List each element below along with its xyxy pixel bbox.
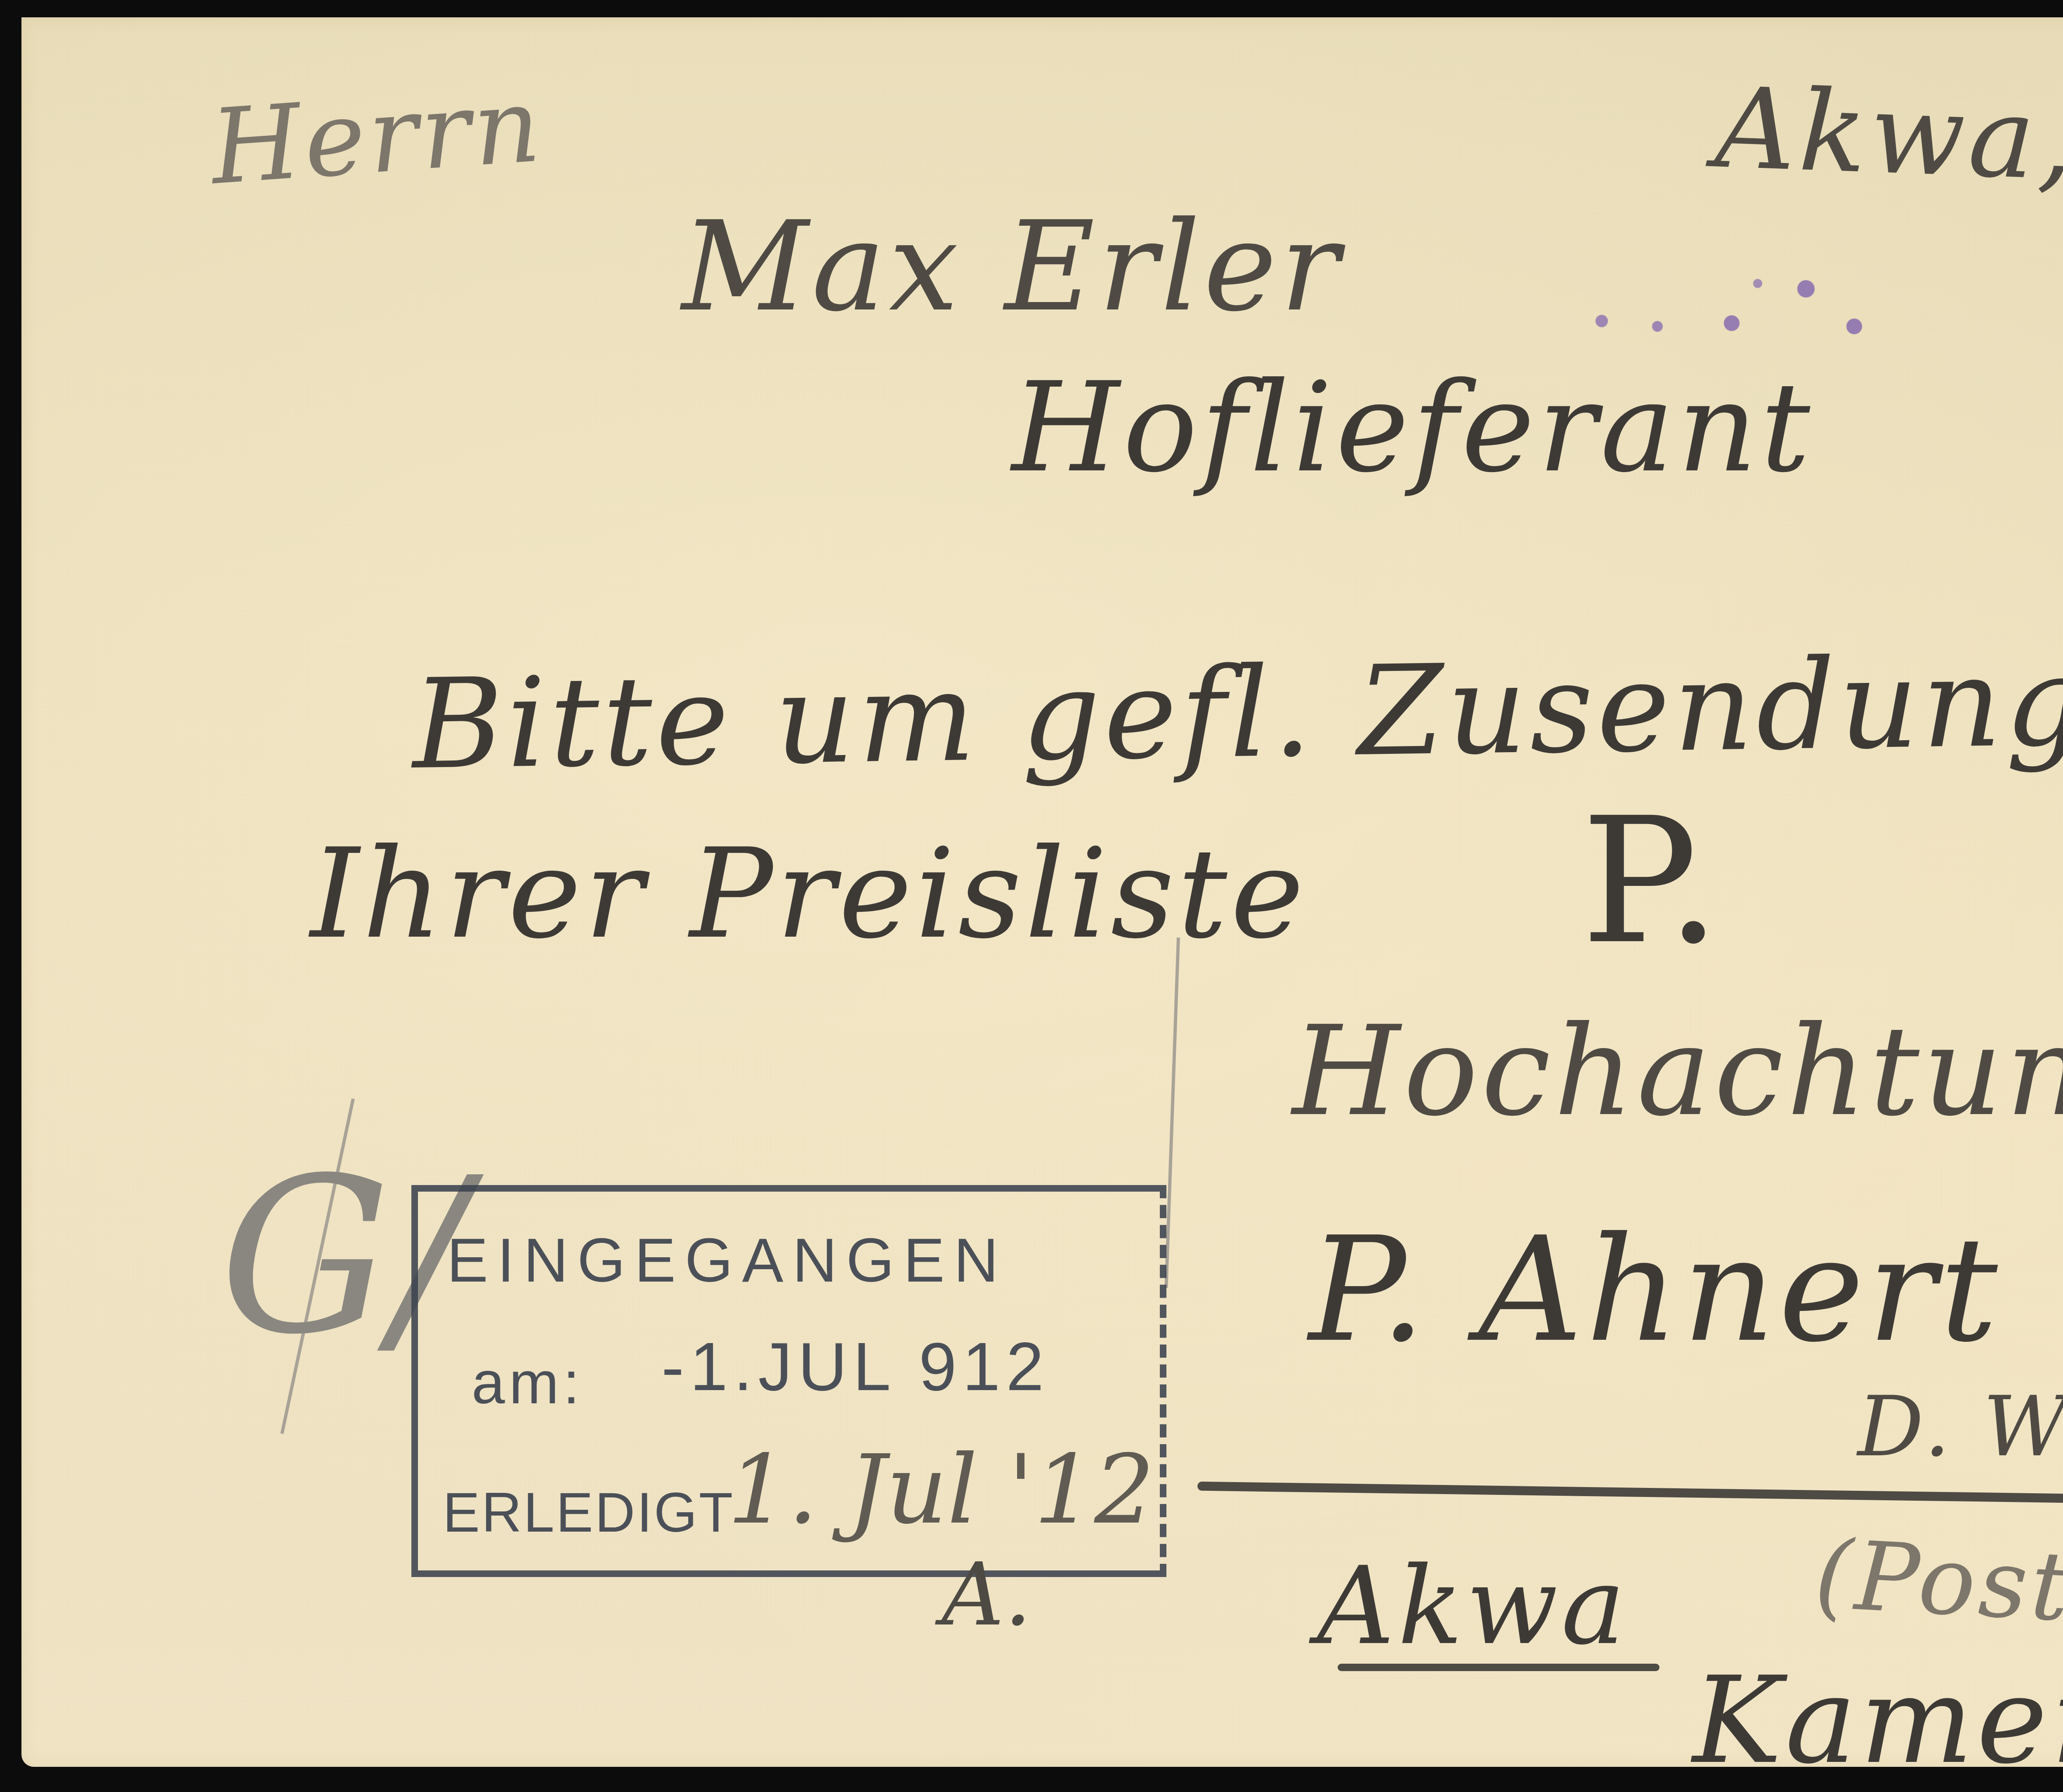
- postcard: Herrn Akwa, d. 5/6.12. Max Erler Hoflief…: [21, 17, 2063, 1767]
- sender-name: P. Ahnert: [1309, 1206, 2001, 1374]
- sender-underline: [1197, 1482, 2063, 1509]
- stamp-received-date: -1.JUL 912: [661, 1328, 1050, 1406]
- sender-order: D. W. H.: [1858, 1379, 2063, 1475]
- sender-country: Kamerun: [1692, 1651, 2063, 1790]
- message-line-1: Bitte um gefl. Zusendung: [411, 629, 2063, 797]
- place-date: Akwa, d. 5/6.12.: [1713, 63, 2063, 227]
- stamp-heading: EINGEGANGEN: [447, 1225, 1008, 1296]
- place-underline: [1338, 1664, 1659, 1671]
- stamp-done-date: 1. Jul '12: [727, 1435, 1154, 1545]
- message-line-2: Ihrer Preisliste: [310, 822, 1307, 966]
- salutation: Herrn: [207, 64, 547, 208]
- stamp-received-label: am:: [472, 1348, 584, 1417]
- violet-ink-mark: [1527, 257, 1899, 364]
- postal-mark-p: P.: [1581, 781, 1724, 982]
- pencil-stroke: [1164, 937, 1180, 1288]
- post-note: (Post Duala): [1812, 1519, 2063, 1662]
- stamp-done-label: ERLEDIGT: [443, 1480, 734, 1544]
- closing: Hochachtungsvoll: [1292, 999, 2063, 1143]
- stamp-initial: A.: [942, 1544, 1031, 1645]
- sender-place: Akwa: [1317, 1544, 1629, 1669]
- receipt-stamp: EINGEGANGEN am: -1.JUL 912 ERLEDIGT 1. J…: [411, 1185, 1166, 1577]
- recipient-title: Hoflieferant: [1012, 356, 1813, 500]
- recipient-name: Max Erler: [682, 195, 1343, 339]
